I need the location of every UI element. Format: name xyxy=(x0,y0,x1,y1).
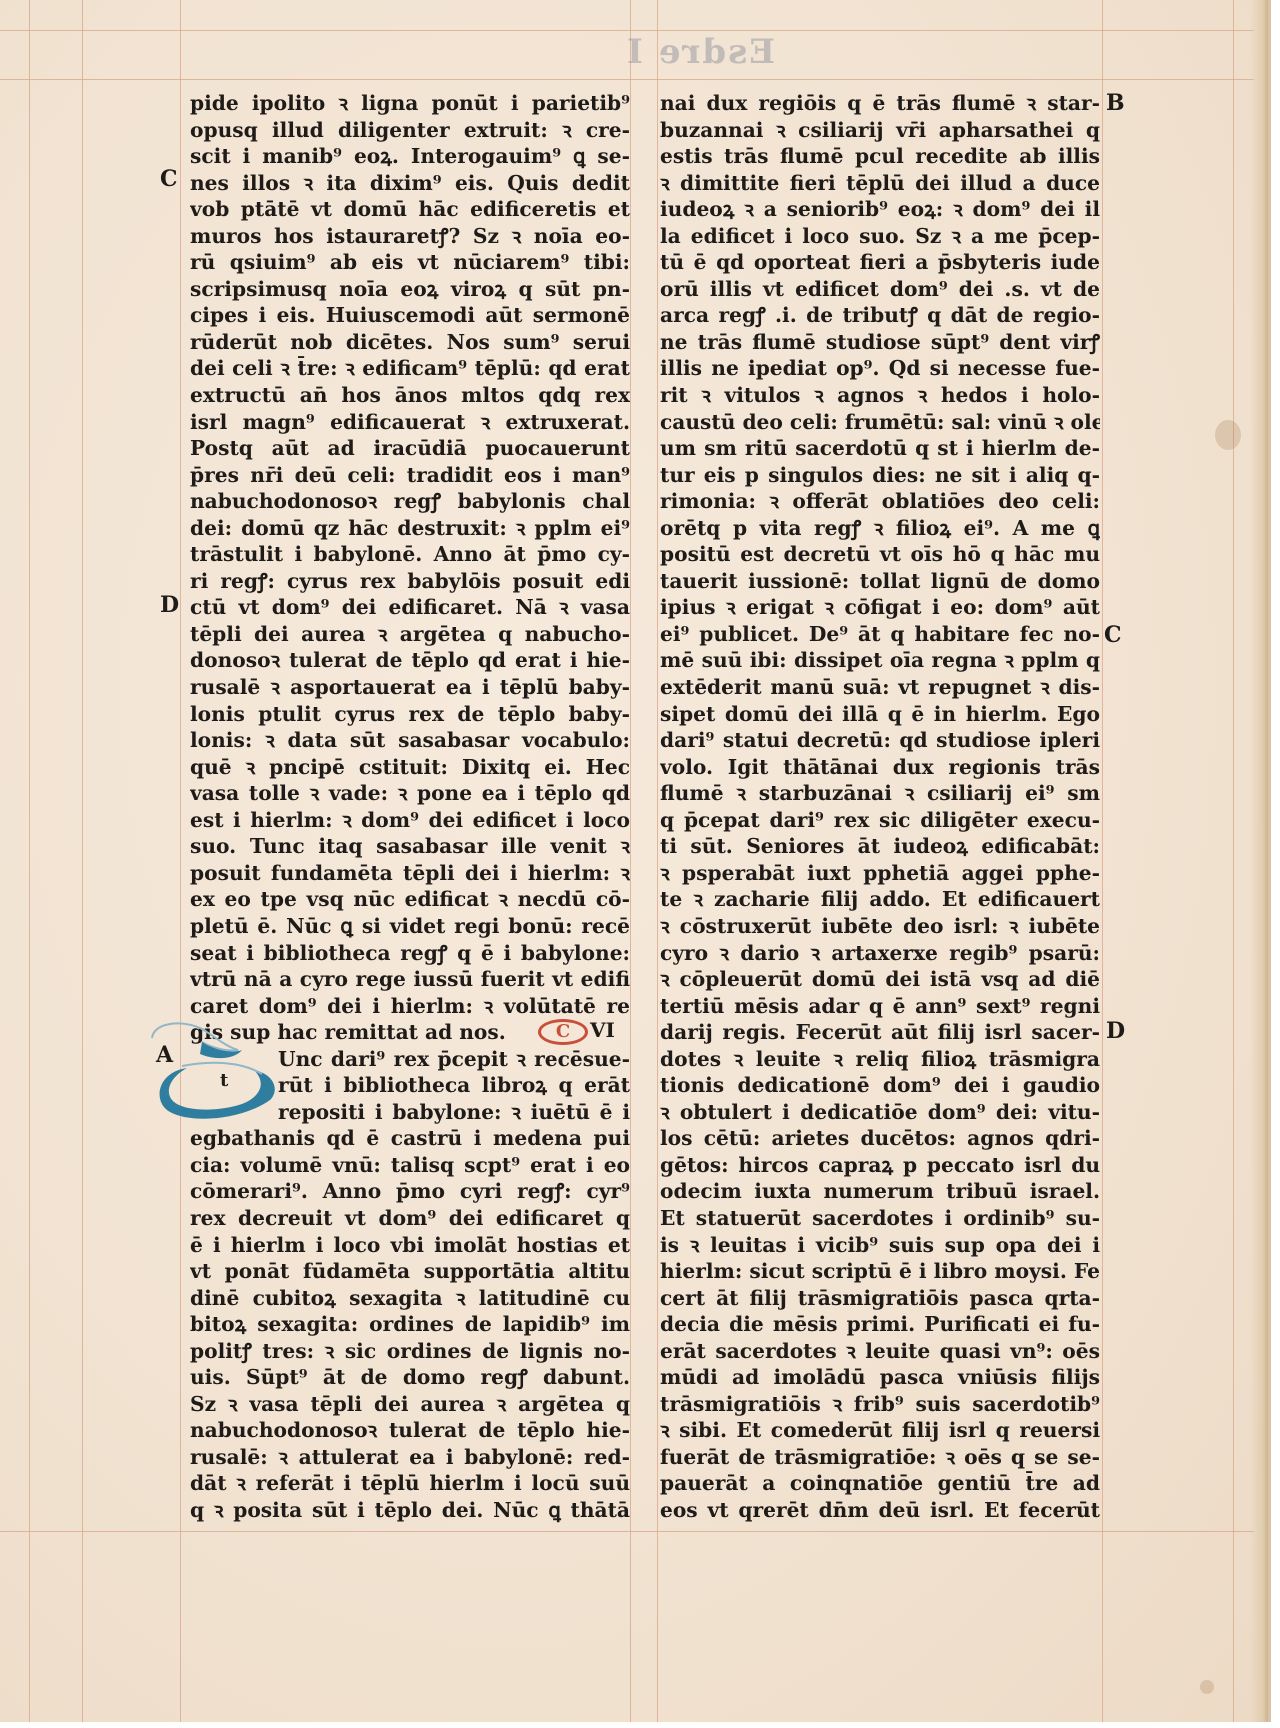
text-line: illis ne ipediat op⁹. Qd si necesse fue- xyxy=(660,355,1100,382)
text-line: caret dom⁹ dei i hierlm: ꝛ volūtatē re xyxy=(190,993,630,1020)
text-line: egbathanis qd ē castrū i medena pui xyxy=(190,1125,630,1152)
text-line: odecim iuxta numerum tribuū israel. xyxy=(660,1178,1100,1205)
text-line: rū qsiuim⁹ ab eis vt nūciarem⁹ tibi: xyxy=(190,249,630,276)
text-line: caustū deo celi: frumētū: sal: vinū ꝛ ol… xyxy=(660,409,1100,436)
text-line: opusq illud diligenter extruit: ꝛ cre- xyxy=(190,117,630,144)
text-line: ꝛ cōstruxerūt iubēte deo isrl: ꝛ iubēte xyxy=(660,913,1100,940)
text-line: is ꝛ leuitas i vicib⁹ suis sup opa dei i xyxy=(660,1232,1100,1259)
text-line: positū est decretū vt oīs hō q hāc mu xyxy=(660,541,1100,568)
text-line: rit ꝛ vitulos ꝛ agnos ꝛ hedos i holo- xyxy=(660,382,1100,409)
text-line: trāstulit i babylonē. Anno āt p̄mo cy- xyxy=(190,541,630,568)
ruling-line xyxy=(180,0,181,1722)
text-line: vt ponāt fūdamēta supportātia altitu xyxy=(190,1258,630,1285)
text-line: Et statuerūt sacerdotes i ordinib⁹ su- xyxy=(660,1205,1100,1232)
text-line: bitoꝝ sexagita: ordines de lapidib⁹ im xyxy=(190,1311,630,1338)
text-line: suo. Tunc itaq sasabasar ille venit ꝛ xyxy=(190,833,630,860)
running-header: Esdre I xyxy=(625,32,775,72)
text-line: cipes i eis. Huiuscemodi aūt sermonē xyxy=(190,302,630,329)
paper-stain xyxy=(1215,420,1241,450)
text-line: ei⁹ publicet. De⁹ āt q habitare fec no- xyxy=(660,621,1100,648)
text-line: ti sūt. Seniores āt iudeoꝝ edificabāt: xyxy=(660,833,1100,860)
text-line: vtrū nā a cyro rege iussū fuerit vt edif… xyxy=(190,966,630,993)
text-line: dei: domū qz hāc destruxit: ꝛ pplm ei⁹ xyxy=(190,515,630,542)
text-line: est i hierlm: ꝛ dom⁹ dei edificet i loco xyxy=(190,807,630,834)
text-line: mūdi ad imolādū pasca vniūsis filijs xyxy=(660,1364,1100,1391)
text-line: extēderit manū suā: vt repugnet ꝛ dis- xyxy=(660,674,1100,701)
text-column-left: pide ipolito ꝛ ligna ponūt i parietib⁹ o… xyxy=(190,90,630,1524)
text-line: hierlm: sicut scriptū ē i libro moysi. F… xyxy=(660,1258,1100,1285)
text-line: ri regꝭ: cyrus rex babylōis posuit edi xyxy=(190,568,630,595)
text-line: pletū ē. Nūc ꝗ si videt regi bonū: recē xyxy=(190,913,630,940)
text-column-right: nai dux regiōis q ē trās flumē ꝛ star- b… xyxy=(660,90,1100,1524)
text-line: q p̄cepat dari⁹ rex sic diligēter execu- xyxy=(660,807,1100,834)
margin-letter-d: D xyxy=(160,592,179,618)
text-line: mē suū ibi: dissipet oīa regna ꝛ pplm q xyxy=(660,647,1100,674)
text-line: trāsmigratiōis ꝛ frib⁹ suis sacerdotib⁹ xyxy=(660,1391,1100,1418)
text-line: p̄res nr̄i deū celi: tradidit eos i man⁹ xyxy=(190,462,630,489)
text-line: extructū an̄ hos ānos mltos qdq rex xyxy=(190,382,630,409)
text-line: muros hos istauraretꝭ? Sz ꝛ noīa eo- xyxy=(190,223,630,250)
text-line: Postq aūt ad iracūdiā puocauerunt xyxy=(190,435,630,462)
text-line: cia: volumē vnū: talisq scpt⁹ erat i eo xyxy=(190,1152,630,1179)
text-line: orū illis vt edificet dom⁹ dei .s. vt de xyxy=(660,276,1100,303)
text-line: isrl magn⁹ edificauerat ꝛ extruxerat. xyxy=(190,409,630,436)
text-line: Sz ꝛ vasa tēpli dei aurea ꝛ argētea q xyxy=(190,1391,630,1418)
text-line: nai dux regiōis q ē trās flumē ꝛ star- xyxy=(660,90,1100,117)
text-line: lonis ptulit cyrus rex de tēplo baby- xyxy=(190,701,630,728)
margin-letter-d: D xyxy=(1106,1018,1125,1044)
text-line: ꝛ psperabāt iuxt pphetiā aggei pphe- xyxy=(660,860,1100,887)
ruling-line xyxy=(0,79,1254,80)
text-line: ꝛ obtulert i dedicatiōe dom⁹ dei: vitu- xyxy=(660,1099,1100,1126)
text-line: la edificet i loco suo. Sz ꝛ a me p̄cep- xyxy=(660,223,1100,250)
text-line: ꝛ sibi. Et comederūt filij isrl q reuers… xyxy=(660,1417,1100,1444)
text-line: te ꝛ zacharie filij addo. Et edificauert xyxy=(660,886,1100,913)
text-line: quē ꝛ pncipē cstituit: Dixitq ei. Hec xyxy=(190,754,630,781)
text-line: pide ipolito ꝛ ligna ponūt i parietib⁹ xyxy=(190,90,630,117)
text-line: tur eis p singulos dies: ne sit i aliq q… xyxy=(660,462,1100,489)
text-line: donosoꝛ tulerat de tēplo qd erat i hie- xyxy=(190,647,630,674)
text-line: vob ptātē vt domū hāc edificeretis et xyxy=(190,196,630,223)
text-line: rusalē: ꝛ attulerat ea i babylonē: red- xyxy=(190,1444,630,1471)
ruling-line xyxy=(0,1531,1254,1532)
text-line: scripsimusq noīa eoꝝ viroꝝ q sūt pn- xyxy=(190,276,630,303)
text-line: dari⁹ statui decretū: qd studiose ipleri xyxy=(660,727,1100,754)
text-line: politꝭ tres: ꝛ sic ordines de lignis no- xyxy=(190,1338,630,1365)
text-line: ctū vt dom⁹ dei edificaret. Nā ꝛ vasa xyxy=(190,594,630,621)
text-line: orētq p vita regꝭ ꝛ filioꝝ ei⁹. A me ꝗ xyxy=(660,515,1100,542)
text-line: um sm ritū sacerdotū q st i hierlm de- xyxy=(660,435,1100,462)
text-line: flumē ꝛ starbuzānai ꝛ csiliarij ei⁹ sm xyxy=(660,780,1100,807)
decorated-initial-icon xyxy=(142,1020,282,1125)
paraph-icon: C xyxy=(538,1019,588,1045)
text-line: ꝛ dimittite fieri tēplū dei illud a duce xyxy=(660,170,1100,197)
text-line: nes illos ꝛ ita dixim⁹ eis. Quis dedit xyxy=(190,170,630,197)
text-line: scit i manib⁹ eoꝝ. Interogauim⁹ ꝗ se- xyxy=(190,143,630,170)
text-line: uis. Sūpt⁹ āt de domo regꝭ dabunt. xyxy=(190,1364,630,1391)
paper-stain xyxy=(1200,1680,1214,1694)
text-line: rimonia: ꝛ offerāt oblatiōes deo celi: xyxy=(660,488,1100,515)
text-line: tēpli dei aurea ꝛ argētea q nabucho- xyxy=(190,621,630,648)
text-line: estis trās flumē pcul recedite ab illis xyxy=(660,143,1100,170)
guide-letter: t xyxy=(220,1070,228,1091)
text-line: cōmerari⁹. Anno p̄mo cyri regꝭ: cyr⁹ xyxy=(190,1178,630,1205)
text-line: erāt sacerdotes ꝛ leuite quasi vn⁹: oēs xyxy=(660,1338,1100,1365)
ruling-line xyxy=(657,0,658,1722)
text-line: pauerāt a coinqnatiōe gentiū t̄re ad xyxy=(660,1470,1100,1497)
margin-letter-c: C xyxy=(1104,622,1122,648)
text-line: seat i bibliotheca regꝭ q ē i babylone: xyxy=(190,940,630,967)
text-line: buzannai ꝛ csiliarij vr̄i apharsathei q xyxy=(660,117,1100,144)
text-line: arca regꝭ .i. de tributꝭ q dāt de regio- xyxy=(660,302,1100,329)
text-line: cert āt filij trāsmigratiōis pasca qrta- xyxy=(660,1285,1100,1312)
text-line: cyro ꝛ dario ꝛ artaxerxe regib⁹ psarū: xyxy=(660,940,1100,967)
text-line: rūderūt nob dicētes. Nos sum⁹ serui xyxy=(190,329,630,356)
text-line: q ꝛ posita sūt i tēplo dei. Nūc ꝗ thātā xyxy=(190,1497,630,1524)
ruling-line xyxy=(82,0,83,1722)
text-line: posuit fundamēta tēpli dei i hierlm: ꝛ xyxy=(190,860,630,887)
text-line: lonis: ꝛ data sūt sasabasar vocabulo: xyxy=(190,727,630,754)
ruling-line xyxy=(0,30,1254,31)
text-line: ex eo tpe vsq nūc edificat ꝛ necdū cō- xyxy=(190,886,630,913)
text-line: iudeoꝝ ꝛ a seniorib⁹ eoꝝ: ꝛ dom⁹ dei il xyxy=(660,196,1100,223)
ruling-line xyxy=(1102,0,1103,1722)
text-line: sipet domū dei illā q ē in hierlm. Ego xyxy=(660,701,1100,728)
text-line: tionis dedicationē dom⁹ dei i gaudio xyxy=(660,1072,1100,1099)
text-line: dei celi ꝛ t̄re: ꝛ edificam⁹ tēplū: qd e… xyxy=(190,355,630,382)
text-line: dāt ꝛ referāt i tēplū hierlm i locū suū xyxy=(190,1470,630,1497)
text-line: ē i hierlm i loco vbi imolāt hostias et xyxy=(190,1232,630,1259)
ruling-line xyxy=(29,0,30,1722)
text-line: vasa tolle ꝛ vade: ꝛ pone ea i tēplo qd xyxy=(190,780,630,807)
ruling-line xyxy=(1233,0,1234,1722)
text-line: decia die mēsis primi. Purificati ei fu- xyxy=(660,1311,1100,1338)
text-line: gētos: hircos capraꝝ p peccato isrl du xyxy=(660,1152,1100,1179)
margin-letter-b: B xyxy=(1106,90,1125,116)
text-line: tū ē qd oporteat fieri a p̄sbyteris iude xyxy=(660,249,1100,276)
text-line: ipius ꝛ erigat ꝛ cōfigat i eo: dom⁹ aūt xyxy=(660,594,1100,621)
text-line: rusalē ꝛ asportauerat ea i tēplū baby- xyxy=(190,674,630,701)
chapter-number: VI xyxy=(590,1018,615,1042)
text-line: dinē cubitoꝝ sexagita ꝛ latitudinē cu xyxy=(190,1285,630,1312)
text-line: rex decreuit vt dom⁹ dei edificaret q xyxy=(190,1205,630,1232)
text-line: nabuchodonosoꝛ regꝭ babylonis chal xyxy=(190,488,630,515)
text-line: eos vt qrerēt dn̄m deū isrl. Et fecerūt xyxy=(660,1497,1100,1524)
chapter-marker: CVI xyxy=(538,1018,615,1045)
text-line: tauerit iussionē: tollat lignū de domo xyxy=(660,568,1100,595)
text-line: fuerāt de trāsmigratiōe: ꝛ oēs q se se- xyxy=(660,1444,1100,1471)
text-line: dotes ꝛ leuite ꝛ reliq filioꝝ trāsmigra xyxy=(660,1046,1100,1073)
text-line: darij regis. Fecerūt aūt filij isrl sace… xyxy=(660,1019,1100,1046)
text-line: ne trās flumē studiose sūpt⁹ dent virꝭ xyxy=(660,329,1100,356)
text-line: ꝛ cōpleuerūt domū dei istā vsq ad diē xyxy=(660,966,1100,993)
text-line: tertiū mēsis adar q ē ann⁹ sext⁹ regni xyxy=(660,993,1100,1020)
text-line: los cētū: arietes ducētos: agnos qdri- xyxy=(660,1125,1100,1152)
text-line: volo. Igit thātānai dux regionis trās xyxy=(660,754,1100,781)
text-line: nabuchodonosoꝛ tulerat de tēplo hie- xyxy=(190,1417,630,1444)
manuscript-page: Esdre I pide ipolito ꝛ ligna ponūt i par… xyxy=(0,0,1271,1722)
ruling-line xyxy=(630,0,631,1722)
margin-letter-c: C xyxy=(160,166,178,192)
